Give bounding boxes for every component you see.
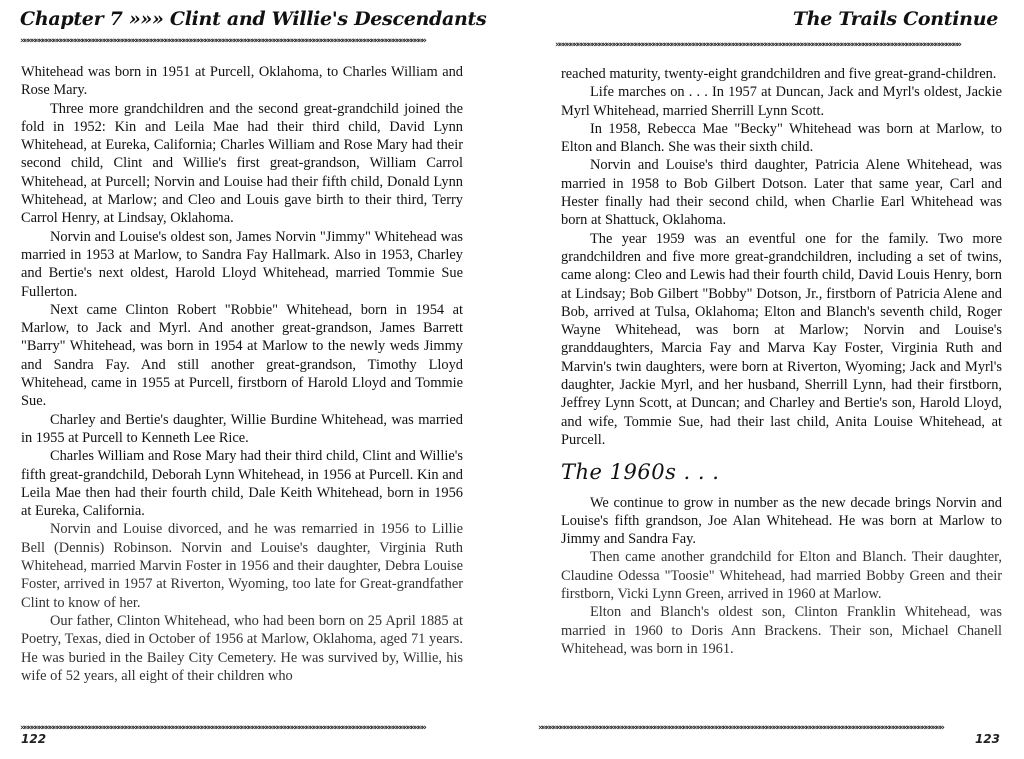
paragraph: Elton and Blanch's oldest son, Clinton F… (561, 603, 1002, 658)
section-heading: The 1960s . . . (561, 463, 1002, 481)
right-page: The Trails Continue »»»»»»»»»»»»»»»»»»»»… (512, 0, 1024, 759)
chevron-rule-top: »»»»»»»»»»»»»»»»»»»»»»»»»»»»»»»»»»»»»»»»… (20, 36, 463, 46)
paragraph: In 1958, Rebecca Mae "Becky" Whitehead w… (561, 120, 1002, 157)
page-number: 122 (21, 732, 46, 746)
paragraph: Norvin and Louise's oldest son, James No… (21, 228, 463, 301)
paragraph: Three more grandchildren and the second … (21, 100, 463, 228)
paragraph: The year 1959 was an eventful one for th… (561, 230, 1002, 450)
left-page: Chapter 7 »»» Clint and Willie's Descend… (0, 0, 512, 759)
running-header: The Trails Continue (793, 8, 998, 30)
paragraph: Charley and Bertie's daughter, Willie Bu… (21, 411, 463, 448)
paragraph: Charles William and Rose Mary had their … (21, 447, 463, 520)
left-body-text: Whitehead was born in 1951 at Purcell, O… (21, 63, 463, 685)
page-number: 123 (975, 732, 1000, 746)
chapter-header: Chapter 7 »»» Clint and Willie's Descend… (20, 8, 486, 30)
paragraph: We continue to grow in number as the new… (561, 494, 1002, 549)
paragraph: reached maturity, twenty-eight grandchil… (561, 65, 1002, 83)
chevron-rule-bottom: »»»»»»»»»»»»»»»»»»»»»»»»»»»»»»»»»»»»»»»»… (538, 723, 975, 733)
chevron-rule-bottom: »»»»»»»»»»»»»»»»»»»»»»»»»»»»»»»»»»»»»»»»… (20, 723, 457, 733)
paragraph: Norvin and Louise's third daughter, Patr… (561, 156, 1002, 229)
paragraph: Our father, Clinton Whitehead, who had b… (21, 612, 463, 685)
paragraph: Whitehead was born in 1951 at Purcell, O… (21, 63, 463, 100)
chevron-rule-top: »»»»»»»»»»»»»»»»»»»»»»»»»»»»»»»»»»»»»»»»… (555, 40, 1001, 50)
paragraph: Next came Clinton Robert "Robbie" Whiteh… (21, 301, 463, 411)
paragraph: Life marches on . . . In 1957 at Duncan,… (561, 83, 1002, 120)
right-body-text: reached maturity, twenty-eight grandchil… (561, 65, 1002, 658)
paragraph: Norvin and Louise divorced, and he was r… (21, 520, 463, 611)
paragraph: Then came another grandchild for Elton a… (561, 548, 1002, 603)
